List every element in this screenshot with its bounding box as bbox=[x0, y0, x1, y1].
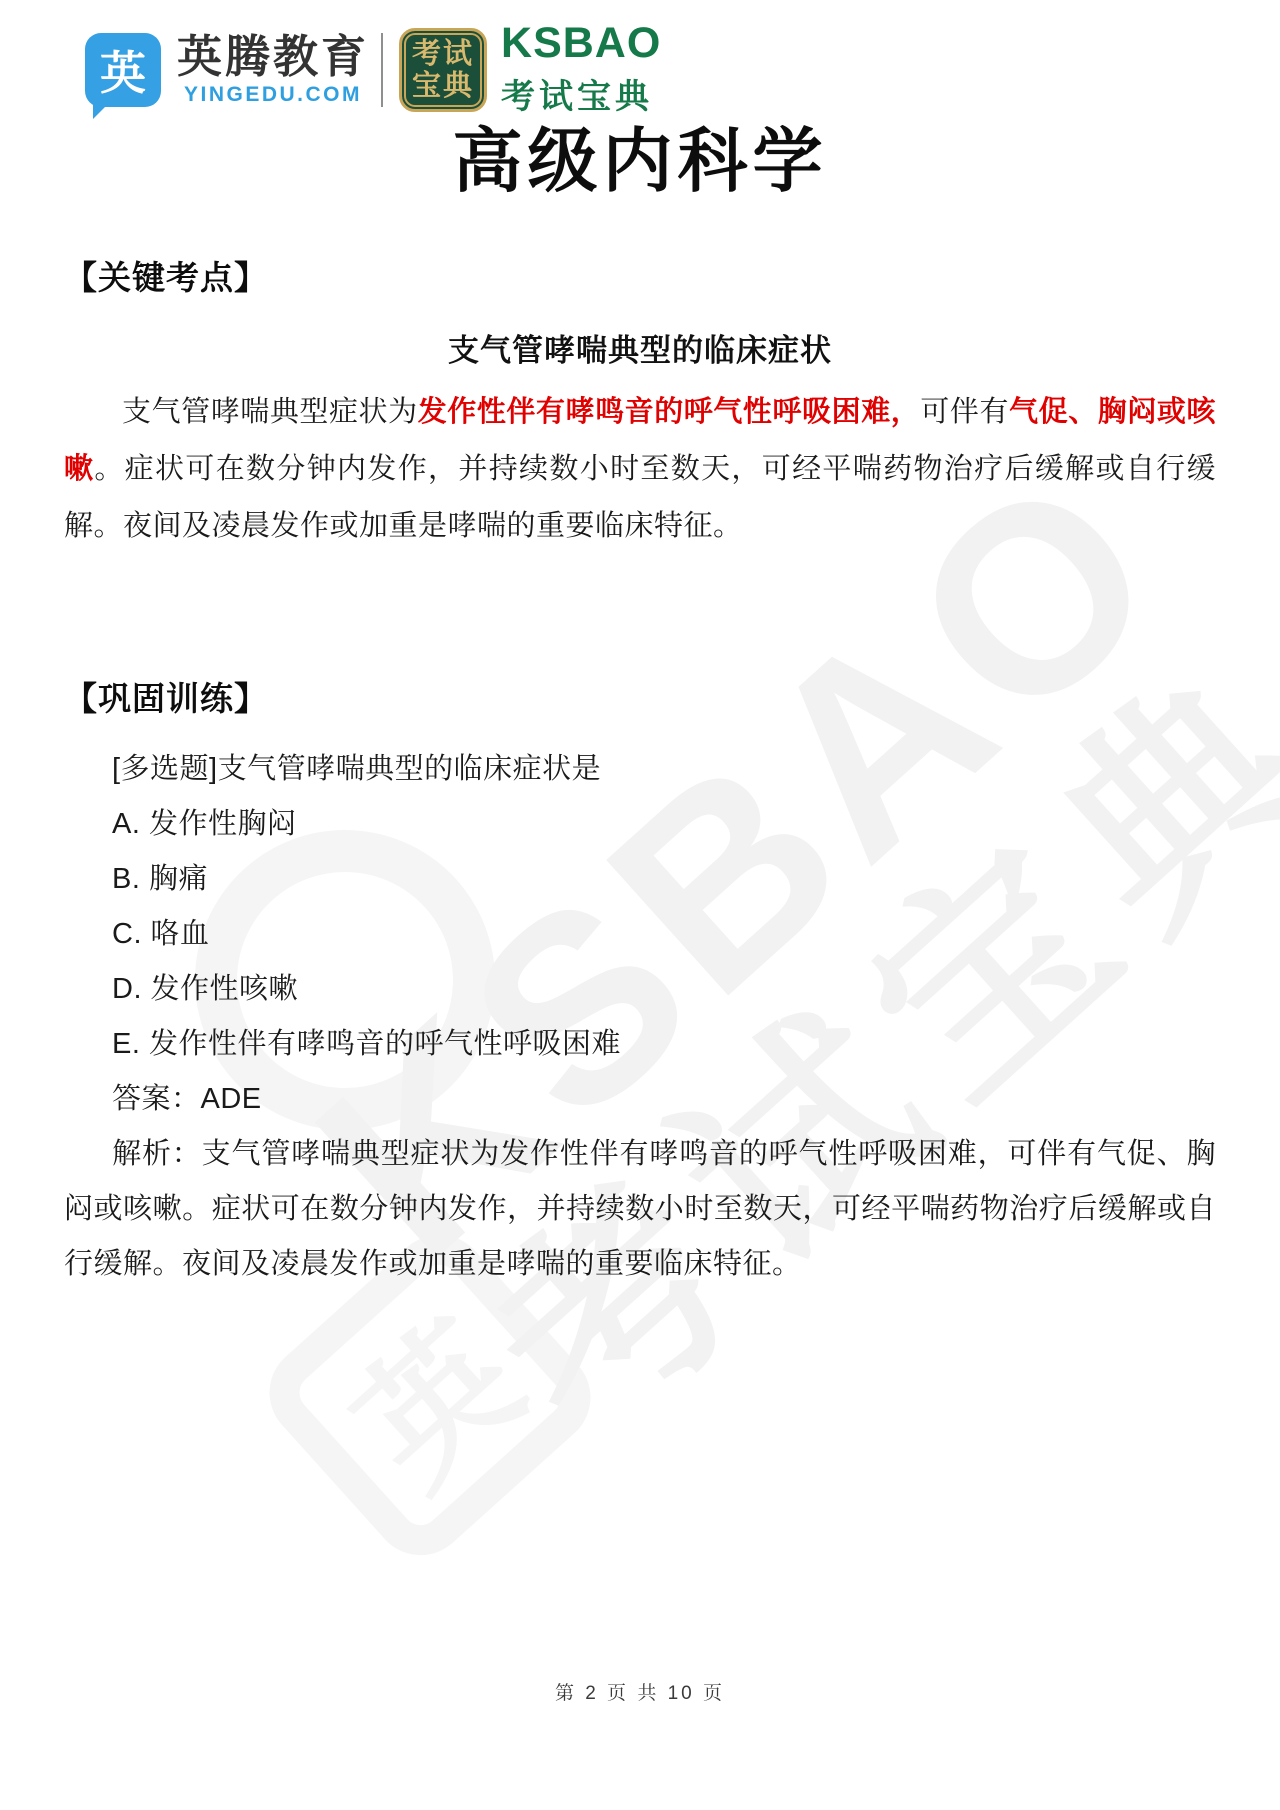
yingteng-logo-text: 英腾教育 YINGEDU.COM bbox=[177, 33, 369, 106]
header-logo-bar: 英 英腾教育 YINGEDU.COM 考试 宝典 KSBAO 考试宝典 bbox=[85, 22, 661, 118]
page-footer: 第 2 页 共 10 页 bbox=[0, 1678, 1280, 1705]
yingteng-domain: YINGEDU.COM bbox=[177, 83, 369, 107]
option-d: D. 发作性咳嗽 bbox=[64, 962, 1216, 1017]
analysis-paragraph: 解析：支气管哮喘典型症状为发作性伴有哮鸣音的呼气性呼吸困难，可伴有气促、胸闷或咳… bbox=[64, 1127, 1216, 1292]
header-divider bbox=[381, 33, 383, 107]
ksbao-app-icon: 考试 宝典 bbox=[399, 28, 487, 112]
ksbao-logo-text: KSBAO 考试宝典 bbox=[501, 22, 661, 118]
document-content: 高级内科学 【关键考点】 支气管哮喘典型的临床症状 支气管哮喘典型症状为发作性伴… bbox=[0, 0, 1280, 1292]
yingteng-logo-icon: 英 bbox=[85, 33, 161, 107]
ksbao-name: KSBAO bbox=[501, 22, 661, 65]
option-e: E. 发作性伴有哮鸣音的呼气性呼吸困难 bbox=[64, 1017, 1216, 1072]
question-stem: [多选题]支气管哮喘典型的临床症状是 bbox=[64, 742, 1216, 797]
key-points-topic: 支气管哮喘典型的临床症状 bbox=[64, 325, 1216, 370]
kp-segment-1: 支气管哮喘典型症状为 bbox=[122, 396, 418, 428]
yingteng-icon-char: 英 bbox=[100, 37, 146, 103]
answer-line: 答案：ADE bbox=[64, 1072, 1216, 1127]
training-heading: 【巩固训练】 bbox=[64, 673, 1216, 720]
option-a: A. 发作性胸闷 bbox=[64, 797, 1216, 852]
kp-segment-5: 。症状可在数分钟内发作，并持续数小时至数天，可经平喘药物治疗后缓解或自行缓解。夜… bbox=[64, 453, 1216, 542]
kp-segment-3: 可伴有 bbox=[920, 396, 1009, 428]
option-b: B. 胸痛 bbox=[64, 852, 1216, 907]
key-points-heading: 【关键考点】 bbox=[64, 252, 1216, 299]
document-page: 英 KSBAO 考试宝典 英 英腾教育 YINGEDU.COM 考试 宝典 KS… bbox=[0, 0, 1280, 1810]
page-title: 高级内科学 bbox=[64, 118, 1216, 206]
watermark-icon-char: 英 bbox=[302, 1265, 558, 1526]
ksbao-subtitle: 考试宝典 bbox=[501, 69, 661, 118]
kp-segment-2-red: 发作性伴有哮鸣音的呼气性呼吸困难， bbox=[418, 396, 921, 428]
ksbao-badge-bottom: 宝典 bbox=[412, 70, 474, 102]
key-points-paragraph: 支气管哮喘典型症状为发作性伴有哮鸣音的呼气性呼吸困难，可伴有气促、胸闷或咳嗽。症… bbox=[64, 384, 1216, 555]
yingteng-name: 英腾教育 bbox=[177, 33, 369, 80]
ksbao-badge-top: 考试 bbox=[412, 38, 474, 70]
option-c: C. 咯血 bbox=[64, 907, 1216, 962]
